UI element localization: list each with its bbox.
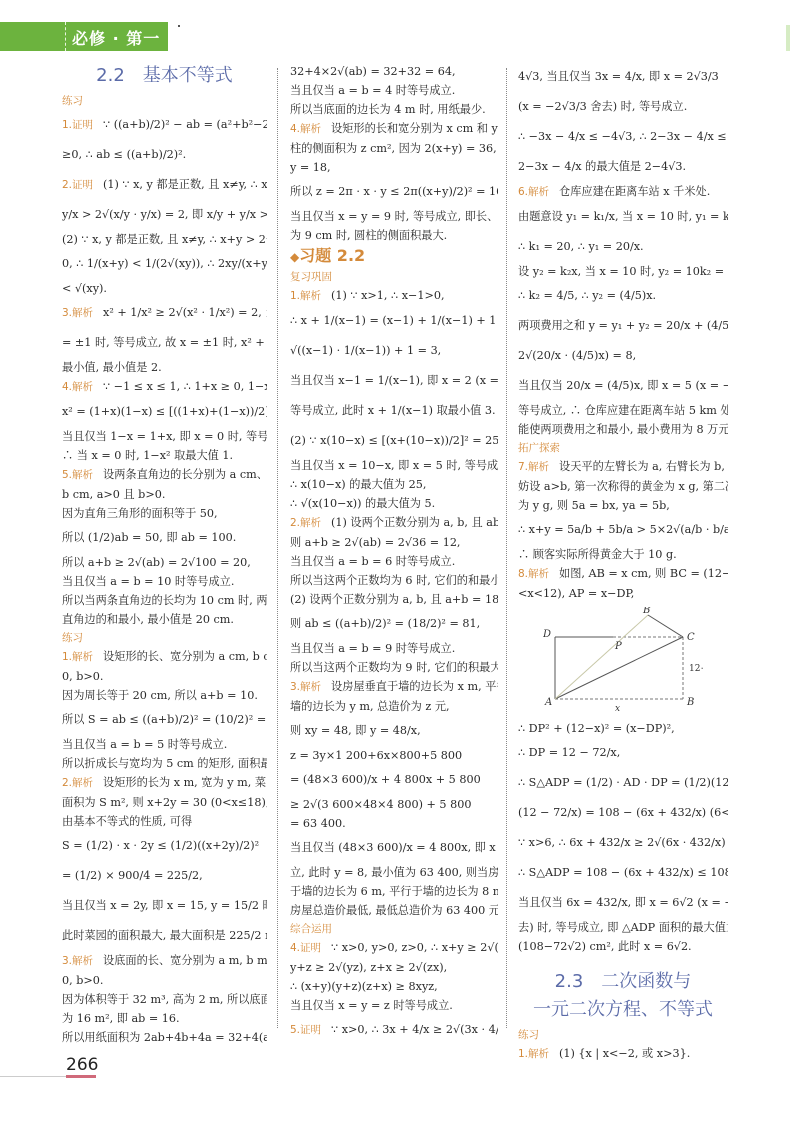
answer-line: (2) ∵ x, y 都是正数, 且 x≠y, ∴ x+y > 2√(xy) > [62,230,267,249]
answer-item: 4.解析∵ −1 ≤ x ≤ 1, ∴ 1+x ≥ 0, 1−x ≥ 0, ∴ … [62,377,267,465]
answer-line: ∴ 顾客实际所得黄金大于 10 g. [518,545,728,564]
answer-line: 面积为 S m², 则 x+2y = 30 (0<x≤18), [62,793,267,812]
item-number: 3.解析 [62,955,93,967]
item-number: 2.证明 [62,179,93,191]
svg-text:12−x: 12−x [689,664,703,674]
item-number: 5.解析 [62,469,93,481]
answer-line: < √(xy). [62,279,267,298]
answer-line: ∴ S△ADP = 108 − (6x + 432/x) ≤ 108 − 72√… [518,858,728,888]
answer-line: 等号成立, 此时 x + 1/(x−1) 取最小值 3. [290,396,498,426]
subheading-apply: 综合运用 [290,920,498,938]
answer-line: 由题意设 y₁ = k₁/x, 当 x = 10 时, y₁ = k₁/10 =… [518,202,728,232]
answer-line: ∴ S△ADP = (1/2) · AD · DP = (1/2)(12−x) … [518,768,728,798]
answer-line: (1) ∵ x, y 都是正数, 且 x≠y, ∴ x/y + [103,178,267,191]
answer-line: y+z ≥ 2√(yz), z+x ≥ 2√(zx), [290,958,498,977]
answer-line: ∴ x + 1/(x−1) = (x−1) + 1/(x−1) + 1 ≥ 2 … [290,306,498,336]
answer-line: 为 16 m², 即 ab = 16. [62,1009,267,1028]
subheading-explore: 拓广探索 [518,439,728,457]
answer-line: ∴ (x+y)(y+z)(z+x) ≥ 8xyz, [290,977,498,996]
item-number: 2.解析 [290,517,321,529]
answer-line: 因为体积等于 32 m³, 高为 2 m, 所以底面积 [62,990,267,1009]
answer-line: = (48×3 600)/x + 4 800x + 5 800 [290,765,498,795]
answer-line: 因为直角三角形的面积等于 50, [62,504,267,523]
column-divider [506,68,507,1028]
answer-line: 当且仅当 x = y = z 时等号成立. [290,996,498,1015]
answer-line: 当且仅当 20/x = (4/5)x, 即 x = 5 (x = −5 舍去) … [518,371,728,401]
answer-line: 当且仅当 (48×3 600)/x = 4 800x, 即 x = 6 时, 等… [290,833,498,863]
svg-text:x: x [615,704,620,714]
answer-item: 2.解析(1) 设两个正数分别为 a, b, 且 ab = 36, 则 a+b … [290,513,498,677]
answer-line: = ±1 时, 等号成立, 故 x = ±1 时, x² + 1/x² 取得 [62,328,267,358]
answer-line: ∴ x(10−x) 的最大值为 25, [290,475,498,494]
answer-line: 2√(20/x · (4/5)x) = 8, [518,341,728,371]
answer-line: ∴ k₁ = 20, ∴ y₁ = 20/x. [518,232,728,262]
answer-line: = 63 400. [290,814,498,833]
answer-line: ≥ 2√(3 600×48×4 800) + 5 800 [290,795,498,814]
answer-line: ∵ ((a+b)/2)² − ab = (a²+b²−2ab)/4 = (a−b… [103,118,267,131]
answer-item: 4.证明∵ x>0, y>0, z>0, ∴ x+y ≥ 2√(xy), y+z… [290,938,498,1015]
item-number: 4.解析 [62,381,93,393]
answer-line: x² = (1+x)(1−x) ≤ [((1+x)+(1−x))/2]² = 1… [62,397,267,427]
answer-line: 当且仅当 6x = 432/x, 即 x = 6√2 (x = −6√2 舍 [518,888,728,918]
answer-line: 墙的边长为 y m, 总造价为 z 元, [290,697,498,716]
item-number: 2.解析 [62,777,93,789]
page-number: 266 [66,1055,98,1075]
section-title-2-3-line2: 一元二次方程、不等式 [518,998,728,1022]
page-edge-tab [786,25,790,51]
answer-line: 设底面的长、宽分别为 a m, b m, a> [103,954,267,967]
answer-line: (108−72√2) cm², 此时 x = 6√2. [518,937,728,956]
item-number: 8.解析 [518,568,549,580]
answer-line: 所以当这两个正数均为 6 时, 它们的和最小. [290,571,498,590]
answer-item: 1.解析(1) ∵ x>1, ∴ x−1>0, ∴ x + 1/(x−1) = … [290,286,498,513]
answer-line: 设 y₂ = k₂x, 当 x = 10 时, y₂ = 10k₂ = 8, [518,262,728,281]
answer-line: 当且仅当 a = b = 10 时等号成立. [62,572,267,591]
item-number: 7.解析 [518,461,549,473]
answer-line: 所以当底面的边长为 4 m 时, 用纸最少. [290,100,498,119]
answer-line: 所以 (1/2)ab = 50, 即 ab = 100. [62,523,267,553]
answer-line: ∵ x>6, ∴ 6x + 432/x ≥ 2√(6x · 432/x) = 7… [518,828,728,858]
item-number: 1.解析 [62,651,93,663]
answer-line: x² + 1/x² ≥ 2√(x² · 1/x²) = 2, 当且仅当 x [103,306,267,319]
column-left: 2.2 基本不等式 练习 1.证明∵ ((a+b)/2)² − ab = (a²… [62,62,267,1047]
answer-line: 当且仅当 a = b = 9 时等号成立. [290,639,498,658]
svg-text:P: P [614,641,622,652]
answer-item: 6.解析仓库应建在距离车站 x 千米处. 由题意设 y₁ = k₁/x, 当 x… [518,182,728,439]
subheading-practice: 练习 [62,92,267,110]
item-number: 4.证明 [290,942,321,954]
footer-rule [0,1076,66,1077]
answer-line: 于墙的边长为 6 m, 平行于墙的边长为 8 m 时, [290,882,498,901]
subheading-practice: 练习 [518,1026,728,1044]
answer-line: 仓库应建在距离车站 x 千米处. [559,185,710,198]
answer-item: 3.解析设底面的长、宽分别为 a m, b m, a> 0, b>0. 因为体积… [62,951,267,1047]
answer-line: 设两条直角边的长分别为 a cm、 [103,468,267,481]
header-bar: 必修 · 第一册 [0,22,168,51]
svg-text:C: C [687,632,695,643]
answer-line: 0, b>0. [62,971,267,990]
answer-line: 为 y g, 则 5a = bx, ya = 5b, [518,496,728,515]
answer-line: (1) 设两个正数分别为 a, b, 且 ab = 36, [331,516,498,529]
answer-line: √((x−1) · 1/(x−1)) + 1 = 3, [290,336,498,366]
subheading-practice: 练习 [62,629,267,647]
answer-line: 直角边的和最小, 最小值是 20 cm. [62,610,267,629]
answer-line: 房屋总造价最低, 最低总造价为 63 400 元 [290,901,498,920]
answer-line: 等号成立, ∴ 仓库应建在距离车站 5 km 处, 才 [518,401,728,420]
item-number: 1.解析 [518,1048,549,1060]
answer-line: 所以折成长与宽均为 5 cm 的矩形, 面积最大 [62,754,267,773]
subheading-review: 复习巩固 [290,268,498,286]
answer-item: 7.解析设天平的左臂长为 a, 右臂长为 b, 不 妨设 a>b, 第一次称得的… [518,457,728,564]
answer-line: (1) ∵ x>1, ∴ x−1>0, [331,289,445,302]
diamond-icon: ◆ [290,250,299,264]
answer-line: 柱的侧面积为 z cm², 因为 2(x+y) = 36, 即 x+ [290,139,498,158]
answer-line: 设矩形的长、宽分别为 a cm, b cm, a> [103,650,267,663]
answer-item: 1.解析设矩形的长、宽分别为 a cm, b cm, a> 0, b>0. 因为… [62,647,267,773]
header-divider [65,22,66,51]
answer-item: 1.证明∵ ((a+b)/2)² − ab = (a²+b²−2ab)/4 = … [62,110,267,170]
section-title-2-3-line1: 2.3 二次函数与 [518,970,728,994]
answer-line: = (1/2) × 900/4 = 225/2, [62,861,267,891]
exercise-heading-label: 习题 2.2 [299,246,365,265]
answer-line: 去) 时, 等号成立, 即 △ADP 面积的最大值为 [518,918,728,937]
answer-line: 因为周长等于 20 cm, 所以 a+b = 10. [62,686,267,705]
section-title-2-2: 2.2 基本不等式 [62,64,267,88]
answer-line: ∴ DP² + (12−x)² = (x−DP)², [518,719,728,738]
answer-line: 则 ab ≤ ((a+b)/2)² = (18/2)² = 81, [290,609,498,639]
answer-line: 此时菜园的面积最大, 最大面积是 225/2 m². [62,921,267,951]
item-number: 3.解析 [62,307,93,319]
answer-line: ∴ 当 x = 0 时, 1−x² 取最大值 1. [62,446,267,465]
answer-line: 当且仅当 a = b = 6 时等号成立. [290,552,498,571]
answer-line: S = (1/2) · x · 2y ≤ (1/2)((x+2y)/2)² [62,831,267,861]
answer-line: 0, ∴ 1/(x+y) < 1/(2√(xy)), ∴ 2xy/(x+y) <… [62,249,267,279]
answer-line: 4√3, 当且仅当 3x = 4/x, 即 x = 2√3/3 [518,62,728,92]
answer-line: 如图, AB = x cm, 则 BC = (12−x) cm (6 [559,567,728,580]
answer-line: (2) ∵ x(10−x) ≤ [(x+(10−x))/2]² = 25, [290,426,498,456]
answer-line: 当且仅当 a = b = 4 时等号成立. [290,81,498,100]
answer-line: 能使两项费用之和最小, 最小费用为 8 万元 [518,420,728,439]
answer-line: ∴ x+y = 5a/b + 5b/a > 5×2√(a/b · b/a) = … [518,515,728,545]
item-number: 1.证明 [62,119,93,131]
header-dot [178,25,180,27]
answer-item: 1.解析(1) {x | x<−2, 或 x>3}. [518,1044,728,1064]
item-number: 1.解析 [290,290,321,302]
answer-line: ∴ −3x − 4/x ≤ −4√3, ∴ 2−3x − 4/x ≤ 2−4√3… [518,122,728,152]
answer-line: 当且仅当 x = 10−x, 即 x = 5 时, 等号成立, [290,456,498,475]
geometry-diagram: D A C B P B′ 12−x x [518,607,728,717]
answer-line: y = 18, [290,158,498,177]
answer-line: 设天平的左臂长为 a, 右臂长为 b, 不 [559,460,728,473]
answer-item: 3.解析设房屋垂直于墙的边长为 x m, 平行于 墙的边长为 y m, 总造价为… [290,677,498,920]
svg-text:B′: B′ [642,607,653,616]
item-number: 6.解析 [518,186,549,198]
answer-line: y/x > 2√(x/y · y/x) = 2, 即 x/y + y/x > 2… [62,200,267,230]
answer-line: 当且仅当 1−x = 1+x, 即 x = 0 时, 等号成立, [62,427,267,446]
answer-item: 4.解析设矩形的长和宽分别为 x cm 和 y cm, 圆 柱的侧面积为 z c… [290,119,498,245]
item-number: 4.解析 [290,123,321,135]
answer-line: 则 a+b ≥ 2√(ab) = 2√36 = 12, [290,533,498,552]
answer-item: 3.解析x² + 1/x² ≥ 2√(x² · 1/x²) = 2, 当且仅当 … [62,298,267,377]
answer-line: 所以 a+b ≥ 2√(ab) = 2√100 = 20, [62,553,267,572]
folded-rectangle-figure: D A C B P B′ 12−x x [543,607,703,717]
answer-line: 则 xy = 48, 即 y = 48/x, [290,716,498,746]
answer-line: 当且仅当 x = 2y, 即 x = 15, y = 15/2 时, 等号成立. [62,891,267,921]
answer-line: 所以 z = 2π · x · y ≤ 2π((x+y)/2)² = 162π, [290,177,498,207]
answer-item: 2.解析设矩形的长为 x m, 宽为 y m, 菜园的 面积为 S m², 则 … [62,773,267,951]
column-middle: 32+4×2√(ab) = 32+32 = 64, 当且仅当 a = b = 4… [290,62,498,1045]
answer-line: 32+4×2√(ab) = 32+32 = 64, [290,62,498,81]
page-number-underline [66,1075,96,1078]
answer-line: 由基本不等式的性质, 可得 [62,812,267,831]
answer-line: 最小值, 最小值是 2. [62,358,267,377]
exercise-heading: ◆习题 2.2 [290,245,498,268]
answer-line: ∵ −1 ≤ x ≤ 1, ∴ 1+x ≥ 0, 1−x ≥ 0, ∴ 1− [103,380,267,393]
answer-line: 妨设 a>b, 第一次称得的黄金为 x g, 第二次 [518,477,728,496]
answer-line: ∵ x>0, ∴ 3x + 4/x ≥ 2√(3x · 4/x) = [331,1023,498,1036]
answer-line: b cm, a>0 且 b>0. [62,485,267,504]
answer-line: 立, 此时 y = 8, 最小值为 63 400, 则当房屋垂直 [290,863,498,882]
answer-line: (1) {x | x<−2, 或 x>3}. [559,1047,690,1060]
answer-line: (2) 设两个正数分别为 a, b, 且 a+b = 18, [290,590,498,609]
answer-line: (x = −2√3/3 舍去) 时, 等号成立. [518,92,728,122]
answer-line: 0, b>0. [62,667,267,686]
answer-line: 设矩形的长为 x m, 宽为 y m, 菜园的 [103,776,267,789]
answer-line: 所以当这两个正数均为 9 时, 它们的积最大. [290,658,498,677]
answer-line: 当且仅当 x = y = 9 时, 等号成立, 即长、宽均 [290,207,498,226]
answer-item: 2.证明(1) ∵ x, y 都是正数, 且 x≠y, ∴ x/y + y/x … [62,170,267,298]
answer-line: 设房屋垂直于墙的边长为 x m, 平行于 [331,680,498,693]
answer-line: z = 3y×1 200+6x×800+5 800 [290,746,498,765]
answer-line: 所以用纸面积为 2ab+4b+4a = 32+4(a+b) ≥ [62,1028,267,1047]
answer-line: <x<12), AP = x−DP, [518,584,728,603]
answer-line: ∵ x>0, y>0, z>0, ∴ x+y ≥ 2√(xy), [331,941,498,954]
answer-line: ≥0, ∴ ab ≤ ((a+b)/2)². [62,140,267,170]
answer-line: ∴ k₂ = 4/5, ∴ y₂ = (4/5)x. [518,281,728,311]
column-right: 4√3, 当且仅当 3x = 4/x, 即 x = 2√3/3 (x = −2√… [518,62,728,1064]
answer-line: 所以 S = ab ≤ ((a+b)/2)² = (10/2)² = 25, [62,705,267,735]
answer-line: ∴ DP = 12 − 72/x, [518,738,728,768]
answer-line: 当且仅当 x−1 = 1/(x−1), 即 x = 2 (x = 0 舍去) 时… [290,366,498,396]
answer-line: 两项费用之和 y = y₁ + y₂ = 20/x + (4/5)x ≥ [518,311,728,341]
answer-item: 5.证明∵ x>0, ∴ 3x + 4/x ≥ 2√(3x · 4/x) = [290,1015,498,1045]
column-divider [277,68,278,1028]
answer-line: ∴ √(x(10−x)) 的最大值为 5. [290,494,498,513]
answer-line: 2−3x − 4/x 的最大值是 2−4√3. [518,152,728,182]
answer-line: (12 − 72/x) = 108 − (6x + 432/x) (6<x<12… [518,798,728,828]
svg-text:D: D [543,629,551,640]
answer-line: 为 9 cm 时, 圆柱的侧面积最大. [290,226,498,245]
svg-text:A: A [544,697,552,708]
answer-line: 当且仅当 a = b = 5 时等号成立. [62,735,267,754]
answer-item: 5.解析设两条直角边的长分别为 a cm、 b cm, a>0 且 b>0. 因… [62,465,267,629]
answer-item: 8.解析如图, AB = x cm, 则 BC = (12−x) cm (6 <… [518,564,728,956]
svg-text:B: B [686,697,694,708]
answer-line: 设矩形的长和宽分别为 x cm 和 y cm, 圆 [331,122,498,135]
answer-line: 所以当两条直角边的长均为 10 cm 时, 两条 [62,591,267,610]
item-number: 3.解析 [290,681,321,693]
item-number: 5.证明 [290,1024,321,1036]
